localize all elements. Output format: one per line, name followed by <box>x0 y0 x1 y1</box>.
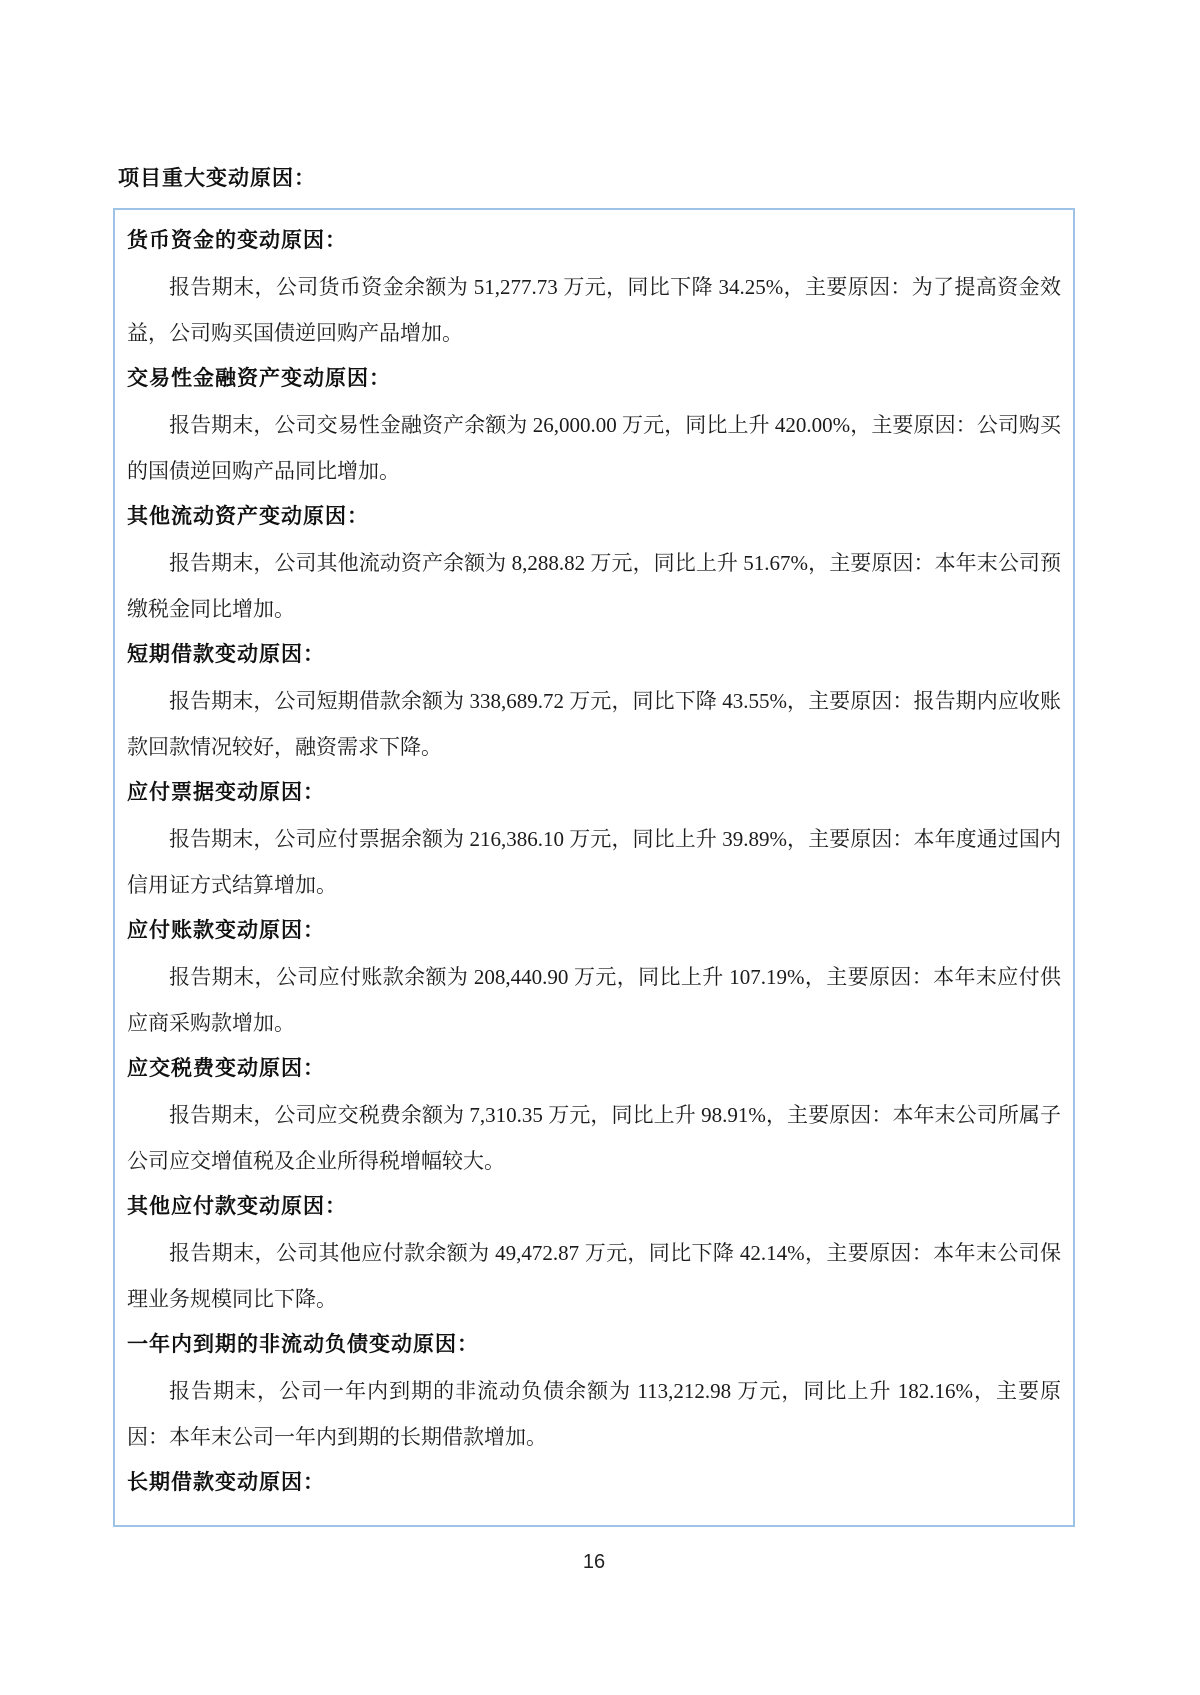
section-title: 货币资金的变动原因： <box>127 218 1061 264</box>
section-title: 应付账款变动原因： <box>127 908 1061 954</box>
section-title: 长期借款变动原因： <box>127 1460 1061 1506</box>
section-title: 应付票据变动原因： <box>127 770 1061 816</box>
section-title: 应交税费变动原因： <box>127 1046 1061 1092</box>
change-reason-section: 货币资金的变动原因： 报告期末，公司货币资金余额为 51,277.73 万元，同… <box>127 218 1061 356</box>
change-reason-section: 应付账款变动原因： 报告期末，公司应付账款余额为 208,440.90 万元，同… <box>127 908 1061 1046</box>
page-title: 项目重大变动原因： <box>118 163 316 195</box>
change-reason-section: 其他流动资产变动原因： 报告期末，公司其他流动资产余额为 8,288.82 万元… <box>127 494 1061 632</box>
change-reason-section: 应交税费变动原因： 报告期末，公司应交税费余额为 7,310.35 万元，同比上… <box>127 1046 1061 1184</box>
change-reason-section: 长期借款变动原因： <box>127 1460 1061 1506</box>
page-number: 16 <box>113 1551 1075 1574</box>
section-body: 报告期末，公司应付票据余额为 216,386.10 万元，同比上升 39.89%… <box>127 816 1061 908</box>
major-change-reasons-box: 货币资金的变动原因： 报告期末，公司货币资金余额为 51,277.73 万元，同… <box>113 208 1075 1527</box>
section-body: 报告期末，公司短期借款余额为 338,689.72 万元，同比下降 43.55%… <box>127 678 1061 770</box>
section-body: 报告期末，公司其他应付款余额为 49,472.87 万元，同比下降 42.14%… <box>127 1230 1061 1322</box>
change-reason-section: 短期借款变动原因： 报告期末，公司短期借款余额为 338,689.72 万元，同… <box>127 632 1061 770</box>
change-reason-section: 一年内到期的非流动负债变动原因： 报告期末，公司一年内到期的非流动负债余额为 1… <box>127 1322 1061 1460</box>
document-page: 项目重大变动原因： 货币资金的变动原因： 报告期末，公司货币资金余额为 51,2… <box>0 0 1200 1695</box>
section-title: 交易性金融资产变动原因： <box>127 356 1061 402</box>
section-body: 报告期末，公司应付账款余额为 208,440.90 万元，同比上升 107.19… <box>127 954 1061 1046</box>
section-body: 报告期末，公司货币资金余额为 51,277.73 万元，同比下降 34.25%，… <box>127 264 1061 356</box>
section-title: 其他流动资产变动原因： <box>127 494 1061 540</box>
section-body: 报告期末，公司应交税费余额为 7,310.35 万元，同比上升 98.91%，主… <box>127 1092 1061 1184</box>
change-reason-section: 应付票据变动原因： 报告期末，公司应付票据余额为 216,386.10 万元，同… <box>127 770 1061 908</box>
section-body: 报告期末，公司一年内到期的非流动负债余额为 113,212.98 万元，同比上升… <box>127 1368 1061 1460</box>
section-body: 报告期末，公司交易性金融资产余额为 26,000.00 万元，同比上升 420.… <box>127 402 1061 494</box>
change-reason-section: 其他应付款变动原因： 报告期末，公司其他应付款余额为 49,472.87 万元，… <box>127 1184 1061 1322</box>
section-title: 短期借款变动原因： <box>127 632 1061 678</box>
change-reason-section: 交易性金融资产变动原因： 报告期末，公司交易性金融资产余额为 26,000.00… <box>127 356 1061 494</box>
section-title: 其他应付款变动原因： <box>127 1184 1061 1230</box>
section-title: 一年内到期的非流动负债变动原因： <box>127 1322 1061 1368</box>
section-body: 报告期末，公司其他流动资产余额为 8,288.82 万元，同比上升 51.67%… <box>127 540 1061 632</box>
